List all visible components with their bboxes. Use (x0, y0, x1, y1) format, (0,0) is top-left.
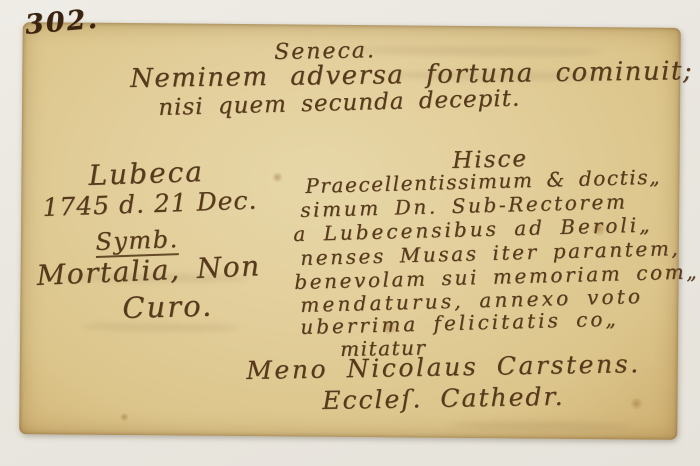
verso-showthrough (449, 421, 629, 431)
page-number: 302. (24, 6, 100, 39)
signature-title: Eccleſ. Cathedr. (322, 384, 565, 413)
quote-line-1: Neminem adversa fortuna cominuit; (130, 58, 693, 92)
photograph-background: 302. Seneca. Neminem adversa fortuna com… (0, 0, 700, 466)
fox-stain (629, 397, 643, 409)
verso-showthrough (353, 45, 603, 57)
fox-stain (271, 172, 283, 182)
place-lubeca: Lubeca (88, 158, 204, 190)
verso-showthrough (80, 323, 240, 332)
fox-stain (119, 413, 129, 421)
signature-name: Meno Nicolaus Carstens. (246, 351, 641, 383)
date-line: 1745 d. 21 Dec. (42, 187, 258, 219)
motto-line-2: Curo. (122, 292, 214, 323)
